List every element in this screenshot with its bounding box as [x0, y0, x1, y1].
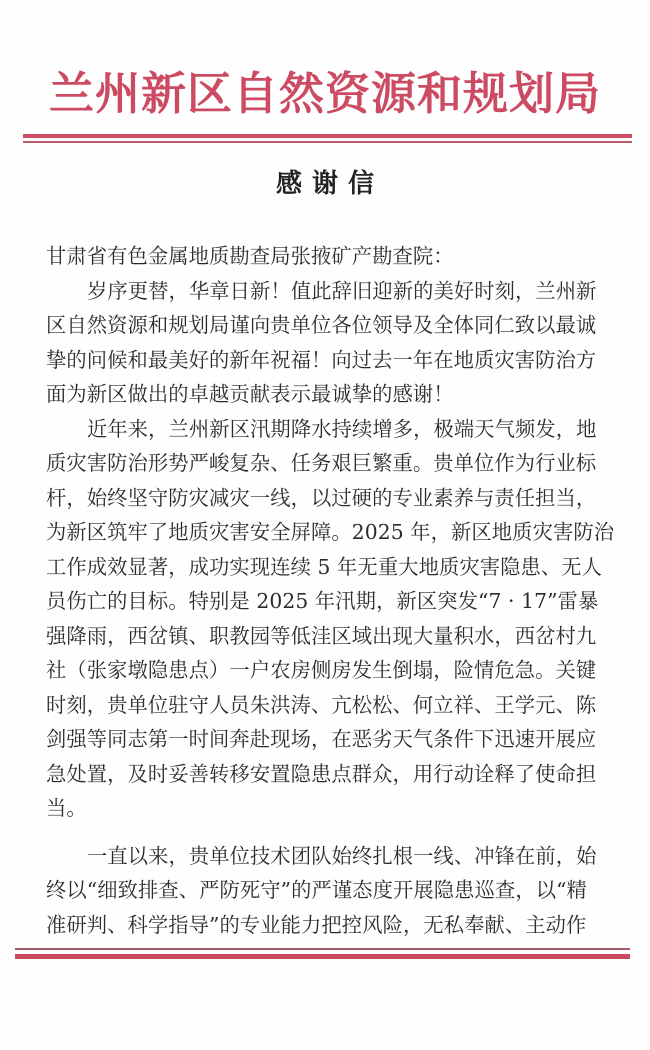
- text-line: 一直以来，贵单位技术团队始终扎根一线、冲锋在前，始: [46, 839, 598, 874]
- paragraph-achievements: 近年来，兰州新区汛期降水持续增多，极端天气频发，地 质灾害防治形势严峻复杂、任务…: [46, 412, 598, 826]
- letterhead-rule-thick: [23, 134, 632, 138]
- text-line: 杆，始终坚守防灾减灾一线，以过硬的专业素养与责任担当，: [46, 481, 598, 516]
- text-line: 当。: [46, 791, 598, 826]
- footer-rule-thin: [15, 948, 630, 950]
- text-line: 员伤亡的目标。特别是 2025 年汛期，新区突发“7 · 17”雷暴: [46, 584, 598, 619]
- paragraph-greeting: 岁序更替，华章日新！值此辞旧迎新的美好时刻，兰州新 区自然资源和规划局谨向贵单位…: [46, 274, 598, 412]
- text-line: 社（张家墩隐患点）一户农房侧房发生倒塌，险情危急。关键: [46, 653, 598, 688]
- text-line: 区自然资源和规划局谨向贵单位各位领导及全体同仁致以最诚: [46, 308, 598, 343]
- text-line: 终以“细致排查、严防死守”的严谨态度开展隐患巡查，以“精: [46, 873, 598, 908]
- paragraph-team: 一直以来，贵单位技术团队始终扎根一线、冲锋在前，始 终以“细致排查、严防死守”的…: [46, 839, 598, 943]
- text-line: 质灾害防治形势严峻复杂、任务艰巨繁重。贵单位作为行业标: [46, 446, 598, 481]
- text-line: 工作成效显著，成功实现连续 5 年无重大地质灾害隐患、无人: [46, 550, 598, 585]
- text-line: 为新区筑牢了地质灾害安全屏障。2025 年，新区地质灾害防治: [46, 515, 598, 550]
- text-line: 近年来，兰州新区汛期降水持续增多，极端天气频发，地: [46, 412, 598, 447]
- text-line: 强降雨，西岔镇、职教园等低洼区域出现大量积水，西岔村九: [46, 619, 598, 654]
- text-line: 准研判、科学指导”的专业能力把控风险，无私奉献、主动作: [46, 908, 598, 943]
- text-line: 面为新区做出的卓越贡献表示最诚挚的感谢！: [46, 377, 598, 412]
- text-line: 急处置，及时妥善转移安置隐患点群众，用行动诠释了使命担: [46, 757, 598, 792]
- text-line: 时刻，贵单位驻守人员朱洪涛、亢松松、何立祥、王学元、陈: [46, 688, 598, 723]
- letterhead-rule-thin: [23, 141, 632, 143]
- text-line: 挚的问候和最美好的新年祝福！向过去一年在地质灾害防治方: [46, 343, 598, 378]
- letter-page: 兰州新区自然资源和规划局 感谢信 甘肃省有色金属地质勘查局张掖矿产勘查院： 岁序…: [0, 0, 650, 1050]
- text-line: 岁序更替，华章日新！值此辞旧迎新的美好时刻，兰州新: [46, 274, 598, 309]
- salutation: 甘肃省有色金属地质勘查局张掖矿产勘查院：: [46, 239, 598, 274]
- letter-body: 甘肃省有色金属地质勘查局张掖矿产勘查院： 岁序更替，华章日新！值此辞旧迎新的美好…: [46, 239, 598, 942]
- organization-letterhead: 兰州新区自然资源和规划局: [0, 66, 650, 122]
- text-line: 剑强等同志第一时间奔赴现场，在恶劣天气条件下迅速开展应: [46, 722, 598, 757]
- footer-rule-thick: [15, 954, 630, 959]
- document-title: 感谢信: [0, 166, 650, 202]
